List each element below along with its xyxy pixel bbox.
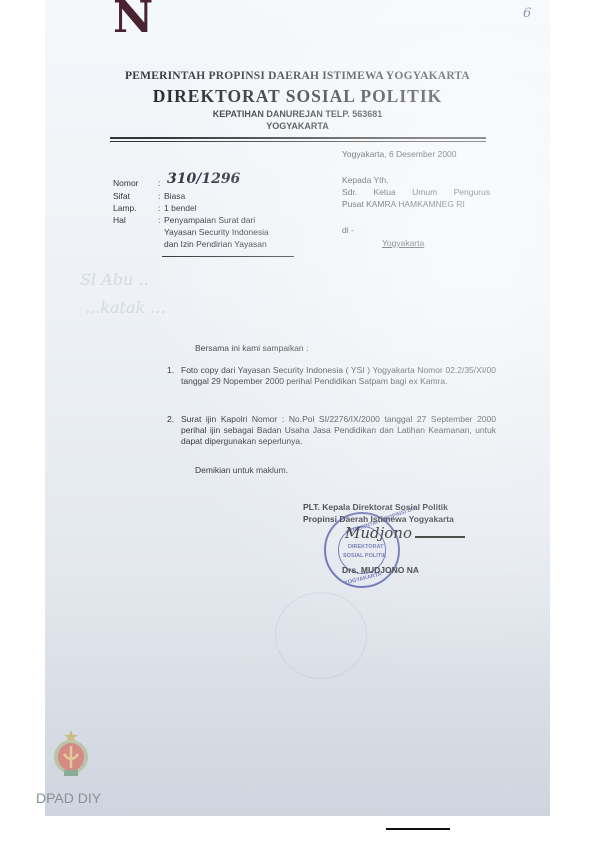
hal-underline [162,256,294,257]
letterhead-office: DIREKTORAT SOSIAL POLITIK [45,86,550,107]
page-number: 6 [523,6,531,21]
stamp-center-1: DIREKTORAT [348,544,384,550]
item-number-2: 2. [167,414,174,425]
signature-title-1: PLT. Kepala Direktorat Sosial Politik [303,502,448,513]
body-closing: Demikian untuk maklum. [195,465,288,476]
field-value-hal-1: Penyampaian Surat dari [164,215,255,226]
place-date: Yogyakarta, 6 Desember 2000 [342,149,457,160]
recipient-city: Yogyakarta [382,238,424,249]
field-value-hal-2: Yayasan Security Indonesia [164,227,269,238]
letterhead-address: KEPATIHAN DANUREJAN TELP. 563681 [45,109,550,119]
dpad-emblem-icon [52,730,90,778]
watermark-text: DPAD DIY [36,790,101,806]
signature-stroke [415,536,465,538]
field-label-hal: Hal [113,215,126,226]
colon: : [158,191,160,202]
stamp-center-2: SOSIAL POLITIK [343,553,387,559]
recipient-line1: Sdr. Ketua Umum Pengurus [342,187,490,198]
letterhead-rule-thin [110,141,486,142]
colon: : [158,178,160,189]
document-page: N 6 Sl Abu .. ...katak ... PEMERINTAH PR… [45,0,550,816]
item-text-1: Foto copy dari Yayasan Security Indonesi… [181,365,496,387]
footer-rule [386,828,450,830]
handwritten-mark: N [113,0,153,43]
field-value-lamp: 1 bendel [164,203,197,214]
field-label-nomor: Nomor [113,178,139,189]
letterhead-government: PEMERINTAH PROPINSI DAERAH ISTIMEWA YOGY… [45,70,550,82]
field-value-hal-3: dan Izin Pendirian Yayasan [164,239,267,250]
bleed-through-text: ...katak ... [85,298,166,317]
item-number-1: 1. [167,365,174,376]
recipient-greeting: Kepada Yth. [342,175,389,186]
colon: : [158,215,160,226]
bleed-through-stamp [275,592,367,679]
field-value-nomor: 310/1296 [167,171,240,187]
body-intro: Bersama ini kami sampaikan : [195,343,308,354]
recipient-line2: Pusat KAMRA HAMKAMNEG RI [342,199,465,210]
bleed-through-text: Sl Abu .. [80,270,149,289]
signatory-name: Drs. MUDJONO NA [342,565,419,576]
field-label-sifat: Sifat [113,191,130,202]
field-value-sifat: Biasa [164,191,185,202]
letterhead-rule-thick [110,137,486,139]
field-label-lamp: Lamp. [113,203,137,214]
signature-scribble: Mudjono [345,524,412,542]
item-text-2: Surat ijin Kapolri Nomor : No.Pol SI/227… [181,414,496,447]
colon: : [158,203,160,214]
letterhead-city: YOGYAKARTA [45,121,550,131]
recipient-di: di - [342,225,354,236]
